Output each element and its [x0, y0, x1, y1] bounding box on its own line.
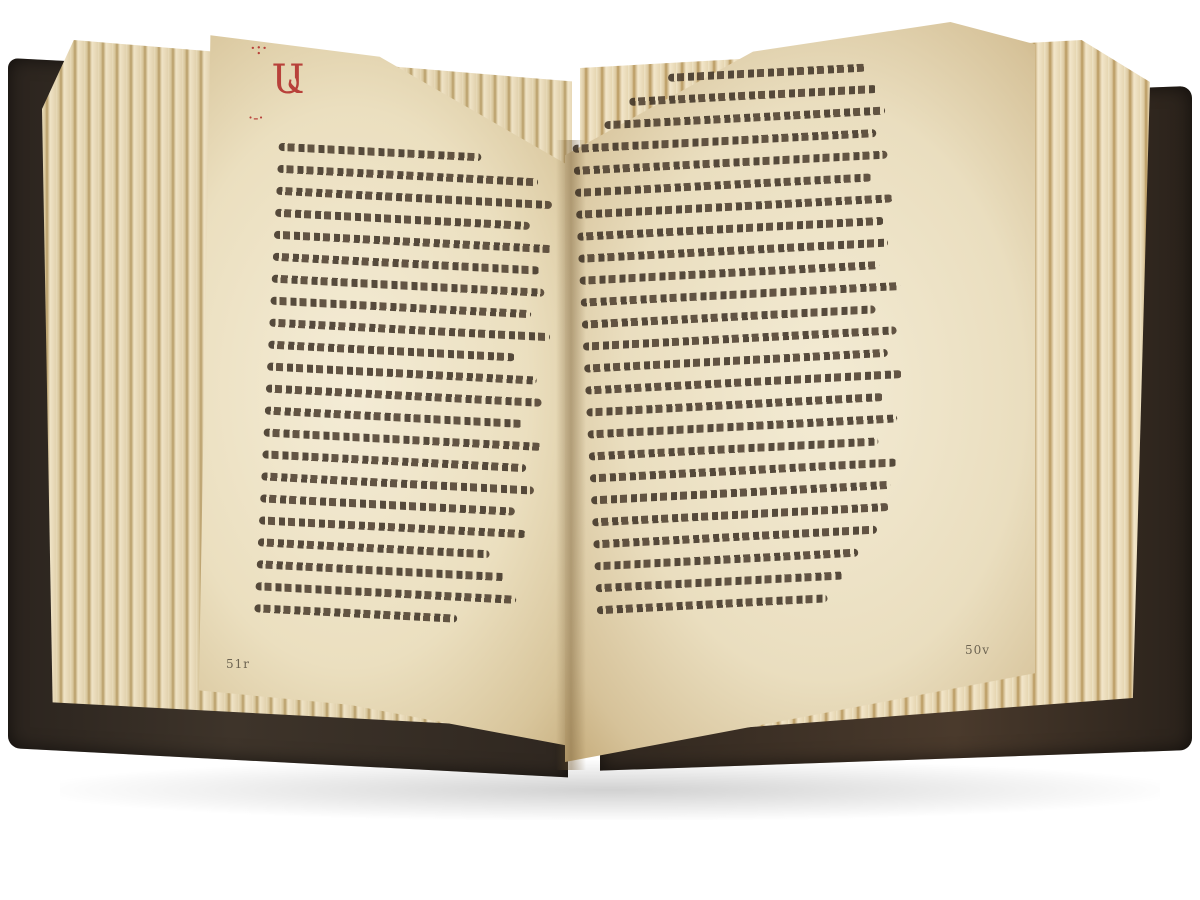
right-page-handwriting — [569, 62, 931, 698]
red-initial-letter: Ա — [272, 60, 304, 100]
left-page-handwriting — [252, 143, 569, 677]
red-rubric-mark: ·:· — [250, 40, 268, 58]
manuscript-photo: Ա ·:· ·-· 51r 50v — [0, 0, 1200, 900]
red-rubric-mark: ·-· — [248, 110, 264, 126]
folio-number-left: 51r — [226, 657, 250, 671]
folio-number-right: 50v — [965, 643, 990, 657]
